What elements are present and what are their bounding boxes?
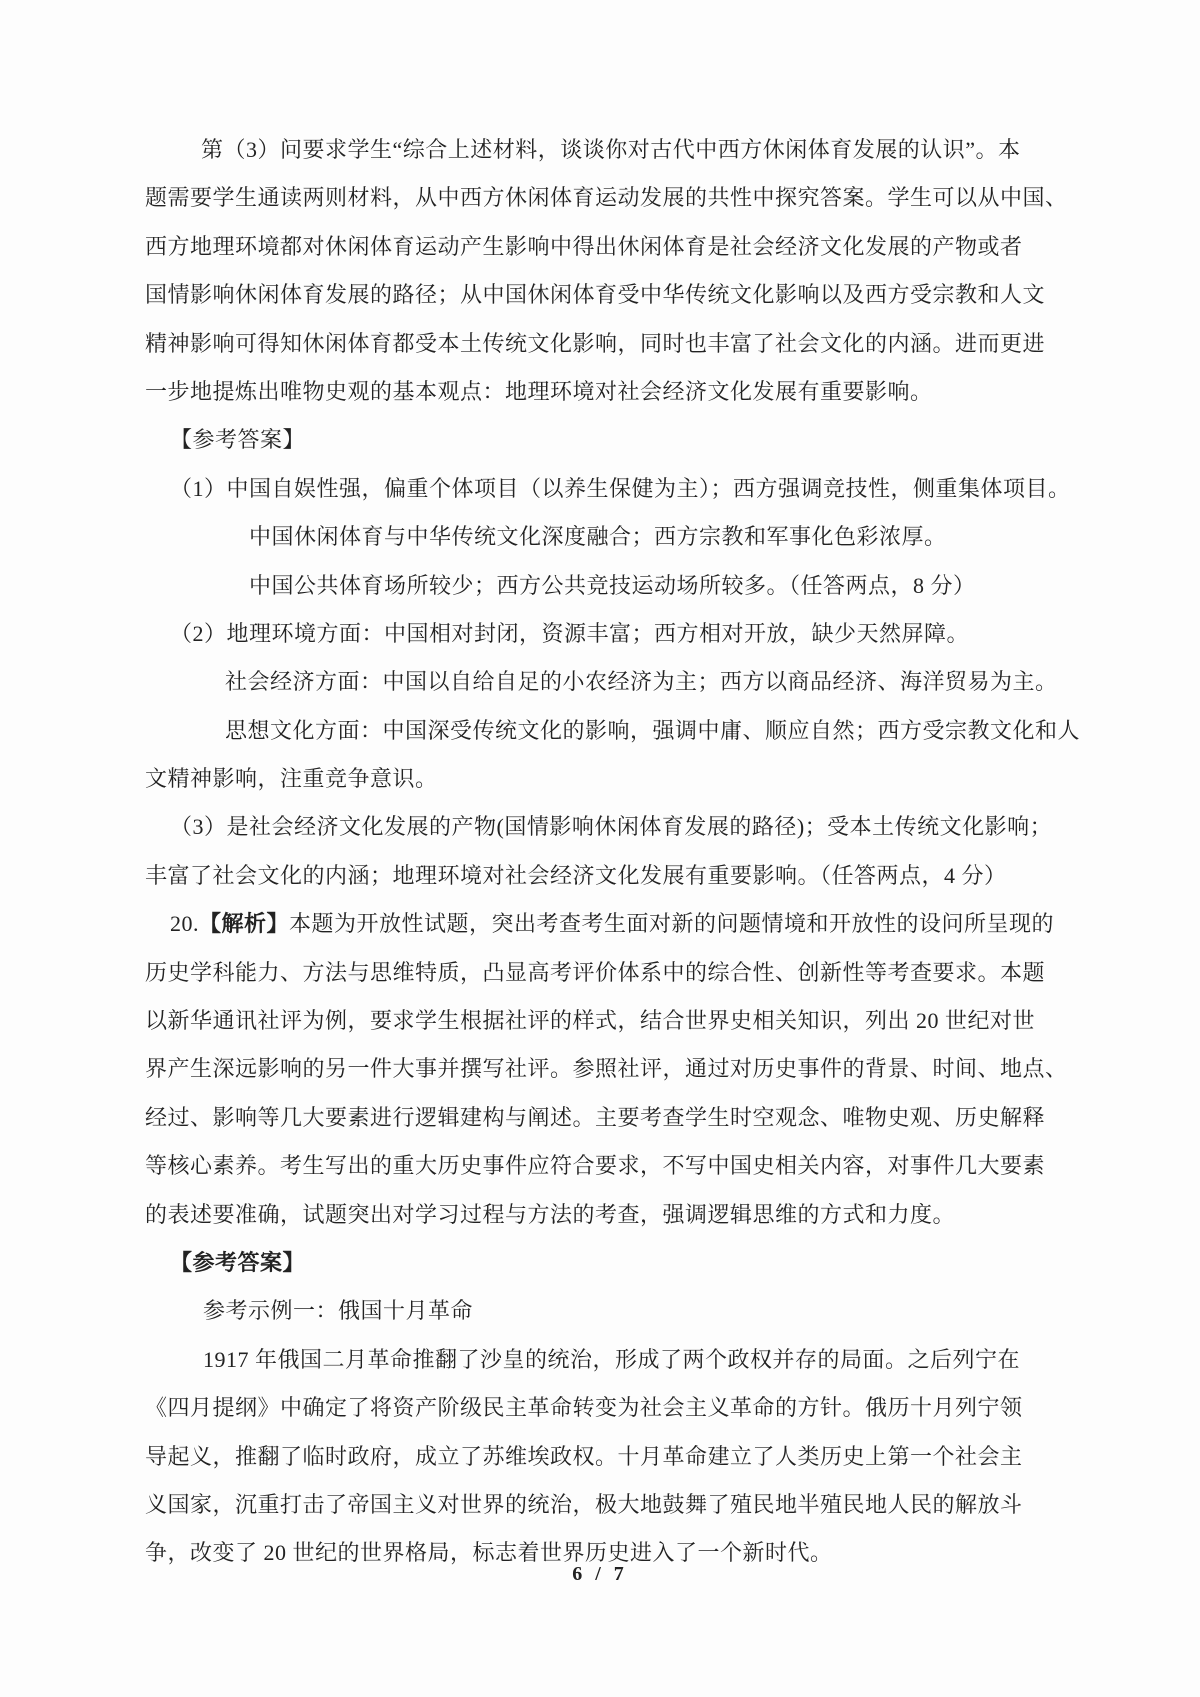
text-line: 文精神影响，注重竞争意识。 <box>145 755 1061 803</box>
text-line: 国情影响休闲体育发展的路径；从中国休闲体育受中华传统文化影响以及西方受宗教和人文 <box>145 271 1061 319</box>
question-20-analysis-line: 20.【解析】本题为开放性试题，突出考查考生面对新的问题情境和开放性的设问所呈现… <box>145 900 1061 948</box>
text-line: 经过、影响等几大要素进行逻辑建构与阐述。主要考查学生时空观念、唯物史观、历史解释 <box>145 1094 1061 1142</box>
text-line: 丰富了社会文化的内涵；地理环境对社会经济文化发展有重要影响。（任答两点，4 分） <box>145 852 1061 900</box>
text-line: 中国休闲体育与中华传统文化深度融合；西方宗教和军事化色彩浓厚。 <box>145 513 1061 561</box>
answer-item-2: （2）地理环境方面：中国相对封闭，资源丰富；西方相对开放，缺少天然屏障。 <box>145 610 1061 658</box>
analysis-label: 【解析】 <box>199 911 289 936</box>
text-line: 界产生深远影响的另一件大事并撰写社评。参照社评，通过对历史事件的背景、时间、地点… <box>145 1045 1061 1093</box>
document-text-block: 第（3）问要求学生“综合上述材料，谈谈你对古代中西方休闲体育发展的认识”。本 题… <box>145 126 1061 1578</box>
answer-item-3: （3）是社会经济文化发展的产物(国情影响休闲体育发展的路径)；受本土传统文化影响… <box>145 803 1061 851</box>
text-line: 等核心素养。考生写出的重大历史事件应符合要求，不写中国史相关内容，对事件几大要素 <box>145 1142 1061 1190</box>
page-number: 6 / 7 <box>0 1563 1200 1586</box>
text-line: 西方地理环境都对休闲体育运动产生影响中得出休闲体育是社会经济文化发展的产物或者 <box>145 223 1061 271</box>
question-number: 20. <box>170 911 199 936</box>
text-line: 导起义，推翻了临时政府，成立了苏维埃政权。十月革命建立了人类历史上第一个社会主 <box>145 1433 1061 1481</box>
answer-item-1: （1）中国自娱性强，偏重个体项目（以养生保健为主）；西方强调竞技性，侧重集体项目… <box>145 465 1061 513</box>
text-line: 第（3）问要求学生“综合上述材料，谈谈你对古代中西方休闲体育发展的认识”。本 <box>145 126 1061 174</box>
text-line: 思想文化方面：中国深受传统文化的影响，强调中庸、顺应自然；西方受宗教文化和人 <box>145 707 1061 755</box>
text-line: 《四月提纲》中确定了将资产阶级民主革命转变为社会主义革命的方针。俄历十月列宁领 <box>145 1384 1061 1432</box>
text-line: 精神影响可得知休闲体育都受本土传统文化影响，同时也丰富了社会文化的内涵。进而更进 <box>145 320 1061 368</box>
text-line: 以新华通讯社评为例，要求学生根据社评的样式，结合世界史相关知识，列出 20 世纪… <box>145 997 1061 1045</box>
text-line: 1917 年俄国二月革命推翻了沙皇的统治，形成了两个政权并存的局面。之后列宁在 <box>145 1336 1061 1384</box>
text-line: 一步地提炼出唯物史观的基本观点：地理环境对社会经济文化发展有重要影响。 <box>145 368 1061 416</box>
reference-answer-heading: 【参考答案】 <box>145 416 1061 464</box>
analysis-text: 本题为开放性试题，突出考查考生面对新的问题情境和开放性的设问所呈现的 <box>289 911 1054 936</box>
reference-answer-heading-bold: 【参考答案】 <box>145 1239 1061 1287</box>
text-line: 历史学科能力、方法与思维特质，凸显高考评价体系中的综合性、创新性等考查要求。本题 <box>145 949 1061 997</box>
text-line: 题需要学生通读两则材料，从中西方休闲体育运动发展的共性中探究答案。学生可以从中国… <box>145 174 1061 222</box>
document-page: 第（3）问要求学生“综合上述材料，谈谈你对古代中西方休闲体育发展的认识”。本 题… <box>0 0 1200 1697</box>
text-line: 社会经济方面：中国以自给自足的小农经济为主；西方以商品经济、海洋贸易为主。 <box>145 658 1061 706</box>
text-line: 的表述要准确，试题突出对学习过程与方法的考查，强调逻辑思维的方式和力度。 <box>145 1191 1061 1239</box>
example-title: 参考示例一：俄国十月革命 <box>145 1287 1061 1335</box>
text-line: 中国公共体育场所较少；西方公共竞技运动场所较多。（任答两点，8 分） <box>145 562 1061 610</box>
text-line: 义国家，沉重打击了帝国主义对世界的统治，极大地鼓舞了殖民地半殖民地人民的解放斗 <box>145 1481 1061 1529</box>
